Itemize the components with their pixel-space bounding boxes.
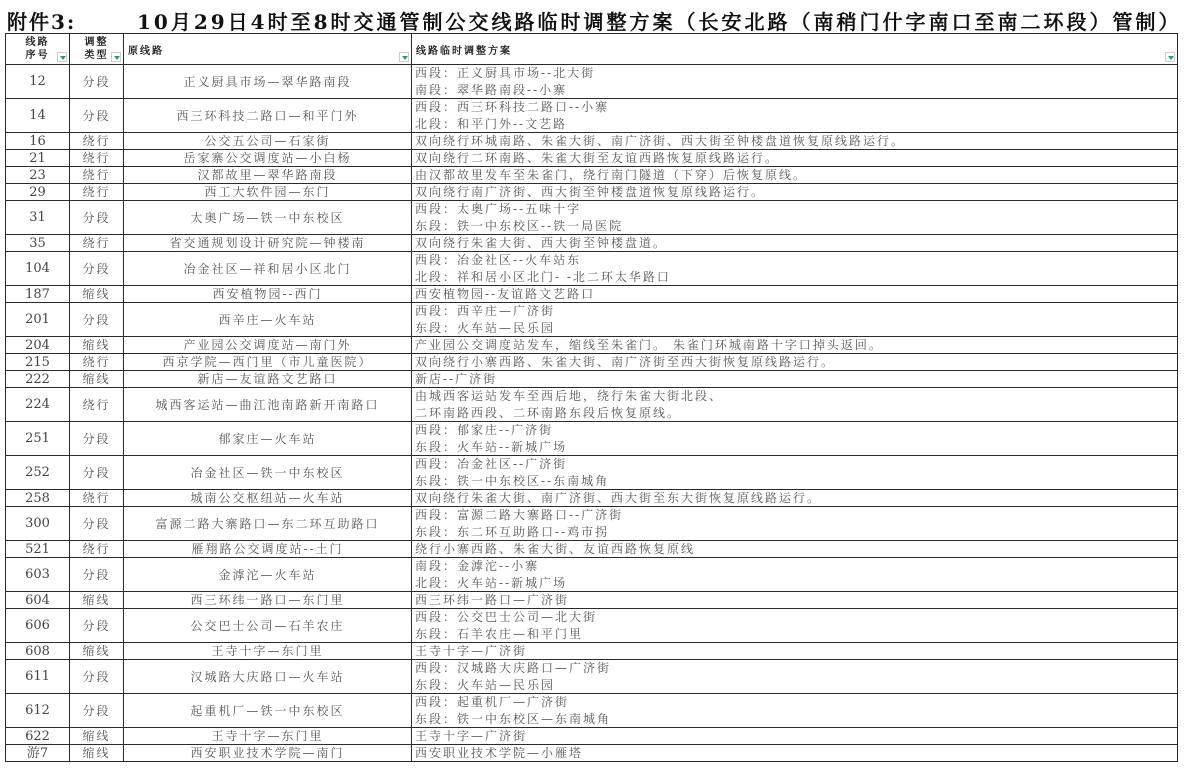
cell-line-no[interactable]: 603: [6, 558, 70, 592]
table-row: 104分段冶金社区—祥和居小区北门西段：冶金社区--火车站东北段：祥和居小区北门…: [6, 252, 1178, 286]
cell-line-no[interactable]: 612: [6, 694, 70, 728]
cell-line-no[interactable]: 14: [6, 99, 70, 133]
cell-temp-plan[interactable]: 西安植物园--友谊路文艺路口: [412, 286, 1178, 303]
cell-temp-plan[interactable]: 西段：西辛庄—广济街东段：火车站—民乐园: [412, 303, 1178, 337]
cell-adjust-type[interactable]: 分段: [70, 609, 124, 643]
table-row: 608缩线王寺十字—东门里王寺十字—广济街: [6, 643, 1178, 660]
table-row: 12分段正义厨具市场—翠华路南段西段：正义厨具市场--北大街南段：翠华路南段--…: [6, 65, 1178, 99]
table-row: 23绕行汉都故里—翠华路南段由汉都故里发车至朱雀门，绕行南门隧道（下穿）后恢复原…: [6, 167, 1178, 184]
cell-original-route[interactable]: 西辛庄—火车站: [124, 303, 412, 337]
cell-original-route[interactable]: 省交通规划设计研究院—钟楼南: [124, 235, 412, 252]
cell-temp-plan[interactable]: 西段：起重机厂—广济街东段：铁一中东校区—东南城角: [412, 694, 1178, 728]
plan-line: 东段：铁一中东校区--铁一局医院: [415, 218, 1177, 235]
header-row: 线路 序号 调整 类型 原线路 线路临时调整方案: [6, 34, 1178, 65]
plan-line: 东段：铁一中东校区--东南城角: [415, 473, 1177, 490]
cell-adjust-type[interactable]: 缩线: [70, 371, 124, 388]
cell-adjust-type[interactable]: 绕行: [70, 388, 124, 422]
page-title: 10月29日4时至8时交通管制公交线路临时调整方案（长安北路（南稍门什字南口至南…: [137, 6, 1182, 35]
cell-original-route[interactable]: 冶金社区—铁一中东校区: [124, 456, 412, 490]
cell-adjust-type[interactable]: 分段: [70, 694, 124, 728]
cell-temp-plan[interactable]: 双向绕行小寨西路、朱雀大街、南广济街至西大街恢复原线路运行。: [412, 354, 1178, 371]
plan-line: 西段：汉城路大庆路口—广济街: [415, 660, 1177, 677]
cell-line-no[interactable]: 222: [6, 371, 70, 388]
header-line-no[interactable]: 线路 序号: [6, 34, 70, 65]
cell-original-route[interactable]: 富源二路大寨路口—东二环互助路口: [124, 507, 412, 541]
cell-adjust-type[interactable]: 缩线: [70, 643, 124, 660]
plan-line: 西段：正义厨具市场--北大街: [415, 65, 1177, 82]
plan-line: 西段：公交巴士公司—北大街: [415, 609, 1177, 626]
cell-original-route[interactable]: 汉城路大庆路口—火车站: [124, 660, 412, 694]
cell-line-no[interactable]: 252: [6, 456, 70, 490]
cell-temp-plan[interactable]: 产业园公交调度站发车，缩线至朱雀门。 朱雀门环城南路十字口掉头返回。: [412, 337, 1178, 354]
cell-line-no[interactable]: 游7: [6, 745, 70, 762]
plan-line: 西三环纬一路口—广济街: [415, 593, 1177, 608]
table-row: 201分段西辛庄—火车站西段：西辛庄—广济街东段：火车站—民乐园: [6, 303, 1178, 337]
cell-line-no[interactable]: 215: [6, 354, 70, 371]
cell-original-route[interactable]: 王寺十字—东门里: [124, 643, 412, 660]
cell-original-route[interactable]: 西京学院—西门里（市儿童医院）: [124, 354, 412, 371]
plan-line: 产业园公交调度站发车，缩线至朱雀门。 朱雀门环城南路十字口掉头返回。: [415, 338, 1177, 353]
table-row: 251分段郁家庄—火车站西段：郁家庄--广济街东段：火车站--新城广场: [6, 422, 1178, 456]
cell-temp-plan[interactable]: 双向绕行二环南路、朱雀大街至友谊西路恢复原线路运行。: [412, 150, 1178, 167]
cell-line-no[interactable]: 23: [6, 167, 70, 184]
filter-dropdown-icon[interactable]: [1165, 52, 1175, 62]
cell-line-no[interactable]: 604: [6, 592, 70, 609]
table-row: 612分段起重机厂—铁一中东校区西段：起重机厂—广济街东段：铁一中东校区—东南城…: [6, 694, 1178, 728]
cell-adjust-type[interactable]: 分段: [70, 303, 124, 337]
plan-line: 双向绕行环城南路、朱雀大街、南广济街、西大街至钟楼盘道恢复原线路运行。: [415, 134, 1177, 149]
cell-adjust-type[interactable]: 绕行: [70, 150, 124, 167]
attachment-label: 附件3:: [7, 6, 76, 35]
cell-original-route[interactable]: 金滹沱—火车站: [124, 558, 412, 592]
cell-adjust-type[interactable]: 缩线: [70, 592, 124, 609]
cell-original-route[interactable]: 起重机厂—铁一中东校区: [124, 694, 412, 728]
cell-line-no[interactable]: 300: [6, 507, 70, 541]
table-row: 204缩线产业园公交调度站—南门外产业园公交调度站发车，缩线至朱雀门。 朱雀门环…: [6, 337, 1178, 354]
cell-adjust-type[interactable]: 绕行: [70, 354, 124, 371]
cell-original-route[interactable]: 太奥广场—铁一中东校区: [124, 201, 412, 235]
cell-adjust-type[interactable]: 分段: [70, 65, 124, 99]
plan-line: 由汉都故里发车至朱雀门，绕行南门隧道（下穿）后恢复原线。: [415, 168, 1177, 183]
cell-line-no[interactable]: 251: [6, 422, 70, 456]
plan-line: 西安植物园--友谊路文艺路口: [415, 287, 1177, 302]
table-row: 604缩线西三环纬一路口—东门里西三环纬一路口—广济街: [6, 592, 1178, 609]
plan-line: 东段：火车站—民乐园: [415, 677, 1177, 694]
cell-original-route[interactable]: 公交巴士公司—石羊农庄: [124, 609, 412, 643]
cell-temp-plan[interactable]: 由城西客运站发车至西后地，绕行朱雀大街北段、二环南路西段、二环南路东段后恢复原线…: [412, 388, 1178, 422]
cell-adjust-type[interactable]: 绕行: [70, 490, 124, 507]
plan-line: 西段：太奥广场--五味十字: [415, 201, 1177, 218]
plan-line: 东段：石羊农庄—和平门里: [415, 626, 1177, 643]
plan-line: 东段：火车站--新城广场: [415, 439, 1177, 456]
table-row: 252分段冶金社区—铁一中东校区西段：冶金社区--广济街东段：铁一中东校区--东…: [6, 456, 1178, 490]
cell-temp-plan[interactable]: 双向绕行环城南路、朱雀大街、南广济街、西大街至钟楼盘道恢复原线路运行。: [412, 133, 1178, 150]
cell-adjust-type[interactable]: 缩线: [70, 745, 124, 762]
table-row: 224绕行城西客运站—曲江池南路新开南路口由城西客运站发车至西后地，绕行朱雀大街…: [6, 388, 1178, 422]
cell-original-route[interactable]: 冶金社区—祥和居小区北门: [124, 252, 412, 286]
cell-temp-plan[interactable]: 西段：富源二路大寨路口--广济街东段：东二环互助路口--鸡市拐: [412, 507, 1178, 541]
cell-original-route[interactable]: 西三环纬一路口—东门里: [124, 592, 412, 609]
cell-original-route[interactable]: 岳家寨公交调度站—小白杨: [124, 150, 412, 167]
plan-line: 双向绕行朱雀大街、南广济街、西大街至东大街恢复原线路运行。: [415, 491, 1177, 506]
cell-temp-plan[interactable]: 双向绕行朱雀大街、南广济街、西大街至东大街恢复原线路运行。: [412, 490, 1178, 507]
table-row: 187缩线西安植物园--西门西安植物园--友谊路文艺路口: [6, 286, 1178, 303]
plan-line: 绕行小寨西路、朱雀大街、友谊西路恢复原线: [415, 542, 1177, 557]
plan-line: 双向绕行南广济街、西大街至钟楼盘道恢复原线路运行。: [415, 185, 1177, 200]
plan-line: 西段：西三环科技二路口--小寨: [415, 99, 1177, 116]
cell-temp-plan[interactable]: 西段：西三环科技二路口--小寨北段：和平门外--文艺路: [412, 99, 1178, 133]
header-adjust-type[interactable]: 调整 类型: [70, 34, 124, 65]
cell-temp-plan[interactable]: 西段：冶金社区--广济街东段：铁一中东校区--东南城角: [412, 456, 1178, 490]
plan-line: 二环南路西段、二环南路东段后恢复原线。: [415, 405, 1177, 422]
cell-temp-plan[interactable]: 西段：汉城路大庆路口—广济街东段：火车站—民乐园: [412, 660, 1178, 694]
table-row: 16绕行公交五公司—石家街双向绕行环城南路、朱雀大街、南广济街、西大街至钟楼盘道…: [6, 133, 1178, 150]
plan-line: 西段：冶金社区--广济街: [415, 456, 1177, 473]
cell-original-route[interactable]: 西安植物园--西门: [124, 286, 412, 303]
cell-line-no[interactable]: 29: [6, 184, 70, 201]
table-row: 300分段富源二路大寨路口—东二环互助路口西段：富源二路大寨路口--广济街东段：…: [6, 507, 1178, 541]
cell-original-route[interactable]: 西工大软件园—东门: [124, 184, 412, 201]
table-row: 622缩线王寺十字—东门里王寺十字—广济街: [6, 728, 1178, 745]
cell-adjust-type[interactable]: 分段: [70, 456, 124, 490]
cell-adjust-type[interactable]: 分段: [70, 99, 124, 133]
cell-line-no[interactable]: 16: [6, 133, 70, 150]
filter-dropdown-icon[interactable]: [399, 52, 409, 62]
cell-adjust-type[interactable]: 绕行: [70, 235, 124, 252]
cell-temp-plan[interactable]: 双向绕行朱雀大街、西大街至钟楼盘道。: [412, 235, 1178, 252]
document-title: 附件3: 10月29日4时至8时交通管制公交线路临时调整方案（长安北路（南稍门什…: [5, 4, 1180, 33]
plan-line: 北段：祥和居小区北门- -北二环太华路口: [415, 269, 1177, 286]
table-row: 521绕行雁翔路公交调度站--土门绕行小寨西路、朱雀大街、友谊西路恢复原线: [6, 541, 1178, 558]
plan-line: 西安职业技术学院—小雁塔: [415, 746, 1177, 761]
cell-original-route[interactable]: 西三环科技二路口—和平门外: [124, 99, 412, 133]
cell-line-no[interactable]: 31: [6, 201, 70, 235]
cell-line-no[interactable]: 521: [6, 541, 70, 558]
plan-line: 双向绕行小寨西路、朱雀大街、南广济街至西大街恢复原线路运行。: [415, 355, 1177, 370]
cell-temp-plan[interactable]: 西段：冶金社区--火车站东北段：祥和居小区北门- -北二环太华路口: [412, 252, 1178, 286]
plan-line: 西段：郁家庄--广济街: [415, 422, 1177, 439]
cell-line-no[interactable]: 622: [6, 728, 70, 745]
table-row: 222缩线新店—友谊路文艺路口新店--广济街: [6, 371, 1178, 388]
cell-line-no[interactable]: 104: [6, 252, 70, 286]
table-body: 12分段正义厨具市场—翠华路南段西段：正义厨具市场--北大街南段：翠华路南段--…: [6, 65, 1178, 762]
plan-line: 西段：西辛庄—广济街: [415, 303, 1177, 320]
table-row: 29绕行西工大软件园—东门双向绕行南广济街、西大街至钟楼盘道恢复原线路运行。: [6, 184, 1178, 201]
header-original-route[interactable]: 原线路: [124, 34, 412, 65]
cell-line-no[interactable]: 611: [6, 660, 70, 694]
plan-line: 由城西客运站发车至西后地，绕行朱雀大街北段、: [415, 388, 1177, 405]
cell-line-no[interactable]: 35: [6, 235, 70, 252]
filter-dropdown-icon[interactable]: [57, 52, 67, 62]
cell-original-route[interactable]: 城西客运站—曲江池南路新开南路口: [124, 388, 412, 422]
cell-adjust-type[interactable]: 分段: [70, 558, 124, 592]
plan-line: 东段：火车站—民乐园: [415, 320, 1177, 337]
plan-line: 南段：翠华路南段--小寨: [415, 82, 1177, 99]
cell-adjust-type[interactable]: 分段: [70, 660, 124, 694]
plan-line: 西段：富源二路大寨路口--广济街: [415, 507, 1177, 524]
cell-line-no[interactable]: 201: [6, 303, 70, 337]
cell-adjust-type[interactable]: 绕行: [70, 184, 124, 201]
plan-line: 东段：东二环互助路口--鸡市拐: [415, 524, 1177, 541]
header-temp-plan[interactable]: 线路临时调整方案: [412, 34, 1178, 65]
cell-temp-plan[interactable]: 西段：公交巴士公司—北大街东段：石羊农庄—和平门里: [412, 609, 1178, 643]
cell-line-no[interactable]: 606: [6, 609, 70, 643]
cell-original-route[interactable]: 西安职业技术学院—南门: [124, 745, 412, 762]
cell-temp-plan[interactable]: 西段：正义厨具市场--北大街南段：翠华路南段--小寨: [412, 65, 1178, 99]
plan-line: 西段：冶金社区--火车站东: [415, 252, 1177, 269]
plan-line: 双向绕行朱雀大街、西大街至钟楼盘道。: [415, 236, 1177, 251]
table-row: 215绕行西京学院—西门里（市儿童医院）双向绕行小寨西路、朱雀大街、南广济街至西…: [6, 354, 1178, 371]
cell-adjust-type[interactable]: 分段: [70, 252, 124, 286]
table-row: 603分段金滹沱—火车站南段：金滹沱--小寨北段：火车站--新城广场: [6, 558, 1178, 592]
table-row: 31分段太奥广场—铁一中东校区西段：太奥广场--五味十字东段：铁一中东校区--铁…: [6, 201, 1178, 235]
cell-original-route[interactable]: 公交五公司—石家街: [124, 133, 412, 150]
cell-temp-plan[interactable]: 王寺十字—广济街: [412, 643, 1178, 660]
table-row: 258绕行城南公交枢纽站—火车站双向绕行朱雀大街、南广济街、西大街至东大街恢复原…: [6, 490, 1178, 507]
plan-line: 新店--广济街: [415, 372, 1177, 387]
cell-adjust-type[interactable]: 缩线: [70, 337, 124, 354]
plan-line: 东段：铁一中东校区—东南城角: [415, 711, 1177, 728]
table-row: 游7缩线西安职业技术学院—南门西安职业技术学院—小雁塔: [6, 745, 1178, 762]
cell-line-no[interactable]: 12: [6, 65, 70, 99]
cell-temp-plan[interactable]: 王寺十字—广济街: [412, 728, 1178, 745]
cell-adjust-type[interactable]: 分段: [70, 507, 124, 541]
table-row: 14分段西三环科技二路口—和平门外西段：西三环科技二路口--小寨北段：和平门外-…: [6, 99, 1178, 133]
plan-line: 北段：火车站--新城广场: [415, 575, 1177, 592]
cell-adjust-type[interactable]: 缩线: [70, 728, 124, 745]
cell-adjust-type[interactable]: 分段: [70, 422, 124, 456]
cell-line-no[interactable]: 204: [6, 337, 70, 354]
cell-temp-plan[interactable]: 新店--广济街: [412, 371, 1178, 388]
cell-original-route[interactable]: 王寺十字—东门里: [124, 728, 412, 745]
cell-temp-plan[interactable]: 西三环纬一路口—广济街: [412, 592, 1178, 609]
cell-temp-plan[interactable]: 西安职业技术学院—小雁塔: [412, 745, 1178, 762]
cell-temp-plan[interactable]: 绕行小寨西路、朱雀大街、友谊西路恢复原线: [412, 541, 1178, 558]
cell-original-route[interactable]: 新店—友谊路文艺路口: [124, 371, 412, 388]
table-row: 606分段公交巴士公司—石羊农庄西段：公交巴士公司—北大街东段：石羊农庄—和平门…: [6, 609, 1178, 643]
cell-temp-plan[interactable]: 西段：郁家庄--广济街东段：火车站--新城广场: [412, 422, 1178, 456]
cell-line-no[interactable]: 608: [6, 643, 70, 660]
cell-line-no[interactable]: 187: [6, 286, 70, 303]
cell-original-route[interactable]: 雁翔路公交调度站--土门: [124, 541, 412, 558]
route-adjustment-table: 线路 序号 调整 类型 原线路 线路临时调整方案 12分段正义厨具市场—翠华路南…: [5, 33, 1178, 762]
cell-adjust-type[interactable]: 缩线: [70, 286, 124, 303]
cell-temp-plan[interactable]: 双向绕行南广济街、西大街至钟楼盘道恢复原线路运行。: [412, 184, 1178, 201]
plan-line: 王寺十字—广济街: [415, 644, 1177, 659]
cell-temp-plan[interactable]: 南段：金滹沱--小寨北段：火车站--新城广场: [412, 558, 1178, 592]
cell-adjust-type[interactable]: 绕行: [70, 541, 124, 558]
plan-line: 王寺十字—广济街: [415, 729, 1177, 744]
cell-original-route[interactable]: 汉都故里—翠华路南段: [124, 167, 412, 184]
cell-line-no[interactable]: 258: [6, 490, 70, 507]
cell-original-route[interactable]: 城南公交枢纽站—火车站: [124, 490, 412, 507]
filter-dropdown-icon[interactable]: [111, 52, 121, 62]
table-row: 35绕行省交通规划设计研究院—钟楼南双向绕行朱雀大街、西大街至钟楼盘道。: [6, 235, 1178, 252]
cell-temp-plan[interactable]: 由汉都故里发车至朱雀门，绕行南门隧道（下穿）后恢复原线。: [412, 167, 1178, 184]
cell-original-route[interactable]: 产业园公交调度站—南门外: [124, 337, 412, 354]
plan-line: 北段：和平门外--文艺路: [415, 116, 1177, 133]
table-row: 611分段汉城路大庆路口—火车站西段：汉城路大庆路口—广济街东段：火车站—民乐园: [6, 660, 1178, 694]
cell-temp-plan[interactable]: 西段：太奥广场--五味十字东段：铁一中东校区--铁一局医院: [412, 201, 1178, 235]
cell-adjust-type[interactable]: 绕行: [70, 167, 124, 184]
cell-line-no[interactable]: 21: [6, 150, 70, 167]
cell-adjust-type[interactable]: 分段: [70, 201, 124, 235]
cell-adjust-type[interactable]: 绕行: [70, 133, 124, 150]
plan-line: 南段：金滹沱--小寨: [415, 558, 1177, 575]
cell-original-route[interactable]: 郁家庄—火车站: [124, 422, 412, 456]
cell-original-route[interactable]: 正义厨具市场—翠华路南段: [124, 65, 412, 99]
plan-line: 双向绕行二环南路、朱雀大街至友谊西路恢复原线路运行。: [415, 151, 1177, 166]
table-row: 21绕行岳家寨公交调度站—小白杨双向绕行二环南路、朱雀大街至友谊西路恢复原线路运…: [6, 150, 1178, 167]
plan-line: 西段：起重机厂—广济街: [415, 694, 1177, 711]
cell-line-no[interactable]: 224: [6, 388, 70, 422]
